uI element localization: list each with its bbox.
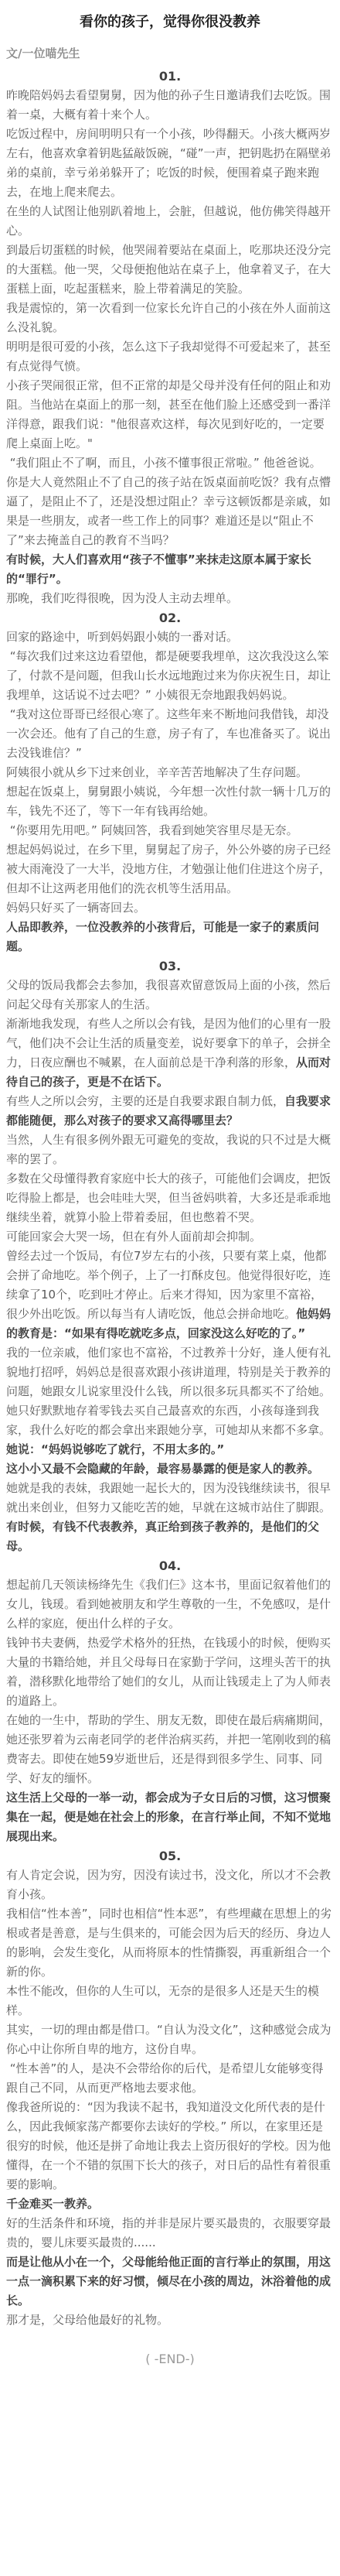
paragraph: 渐渐地我发现，有些人之所以会有钱，是因为他们的心里有一股气，他们决不会让生活的质… [6,1014,334,1092]
body-text: 我是震惊的，第一次看到一位家长允许自己的小孩在外人面前这么没礼貌。 [6,301,331,334]
body-text: 多数在父母懂得教育家庭中长大的孩子，可能他们会调皮，把饭吃得脸上都是，也会哇哇大… [6,1172,331,1224]
body-text: “性本善”的人，是决不会带给你的后代，是希望儿女能够变得跟自己不同，从而更严格地… [6,2061,323,2095]
bold-text: 这生活上父母的一举一动，都会成为子女日后的习惯，这习惯聚集在一起，便是她在社会上… [6,1791,331,1843]
paragraph: 她说：“妈妈说够吃了就行，不用太多的。” [6,1440,334,1459]
body-text: 想起前几天领读杨绛先生《我们仨》这本书，里面记叙着他们的女儿，钱瑗。看到她被朋友… [6,1578,331,1630]
paragraph: 可能回家会大哭一场，但在有外人面前却会抑制。 [6,1227,334,1247]
paragraph: 而是让他从小在一个，父母能给他正面的言行举止的氛围，用这一点一滴积累下来的好习惯… [6,2253,334,2311]
paragraph: “你要用先用吧。” 阿姨回答，我看到她笑容里尽是无奈。 [6,821,334,840]
body-text: 曾经去过一个饭局，有位7岁左右的小孩，只要有菜上桌，他都会拼了命地吃。举个例子，… [6,1249,331,1321]
article-page: 看你的孩子，觉得你很没教养 文/一位喵先生 01.昨晚陪妈妈去看望舅舅，因为他的… [0,0,340,2576]
body-text: “我对这位哥哥已经很心寒了。这些年来不断地问我借钱，却没一次会还。他有了自己的生… [6,707,331,760]
body-text: 父母的饭局我都会去参加，我很喜欢留意饭局上面的小孩，然后问起父母有关那家人的生活… [6,978,331,1011]
body-text: 渐渐地我发现，有些人之所以会有钱，是因为他们的心里有一股气，他们决不会让生活的质… [6,1017,331,1069]
body-text: 她就是我的表妹，我跟她一起长大的，因为没钱继续读书，很早就出来创业，但努力又能吃… [6,1481,331,1514]
body-text: 回家的路途中，听到妈妈跟小姨的一番对话。 [6,630,238,644]
body-text: 当然，人生有很多例外跟无可避免的变故，我说的只不过是大概率的罢了。 [6,1133,331,1166]
body-text: 吃饭过程中，房间明明只有一个小孩，吵得翻天。小孩大概两岁左右，他喜欢拿着钥匙猛敲… [6,127,331,199]
body-text: 明明是很可爱的小孩，怎么这下子我却觉得不可爱起来了，甚至有点觉得气愤。 [6,340,331,373]
body-text: 像我爸所说的：“因为我读不起书，我知道没文化所代表的是什么，因此我倾家荡产都要你… [6,2100,331,2191]
paragraph: 吃饭过程中，房间明明只有一个小孩，吵得翻天。小孩大概两岁左右，他喜欢拿着钥匙猛敲… [6,125,334,202]
body-text: 有些人之所以会穷，主要的还是自我要求跟自制力低， [6,1094,284,1108]
paragraph: 妈妈只好买了一辆寄回去。 [6,898,334,918]
body-text: 有人肯定会说，因为穷，因没有读过书，没文化，所以才不会教育小孩。 [6,1868,331,1901]
body-text: “我们阻止不了啊，而且，小孩不懂事很正常啦。” 他爸爸说。 [6,456,321,470]
body-text: 小孩子哭闹很正常，但不正常的却是父母并没有任何的阻止和劝阻。当他站在桌面上的那一… [6,378,331,450]
paragraph: “性本善”的人，是决不会带给你的后代，是希望儿女能够变得跟自己不同，从而更严格地… [6,2059,334,2098]
body-text: 想起在饭桌上，舅舅跟小姨说，今年想一次性付款一辆十几万的车，钱先不还了，等下一年… [6,785,331,818]
body-text: 你是大人竟然阻止不了自己的孩子站在饭桌面前吃饭？我有点懵逼了，是阻止不了，还是没… [6,475,331,547]
body-text: 我的一位亲戚，他们家也不富裕，不过教养十分好，逢人便有礼貌地打招呼，妈妈总是很喜… [6,1346,331,1437]
paragraph: 她就是我的表妹，我跟她一起长大的，因为没钱继续读书，很早就出来创业，但努力又能吃… [6,1479,334,1517]
paragraph: 当然，人生有很多例外跟无可避免的变故，我说的只不过是大概率的罢了。 [6,1131,334,1169]
paragraph: “我对这位哥哥已经很心寒了。这些年来不断地问我借钱，却没一次会还。他有了自己的生… [6,705,334,763]
paragraph: 好的生活条件和环境，指的并非是尿片要买最贵的，衣服要穿最贵的，婴儿床要买最贵的.… [6,2214,334,2253]
paragraph: 想起前几天领读杨绛先生《我们仨》这本书，里面记叙着他们的女儿，钱瑗。看到她被朋友… [6,1575,334,1634]
paragraph: 那晚，我们吃得很晚，因为没人主动去埋单。 [6,589,334,608]
paragraph: 在坐的人试图让他别趴着地上，会脏，但越说，他仿佛笑得越开心。 [6,202,334,241]
paragraph: “我们阻止不了啊，而且，小孩不懂事很正常啦。” 他爸爸说。 [6,453,334,473]
paragraph: 本性不能改，但你的人生可以，无奈的是很多人还是天生的模样。 [6,1982,334,2020]
body-text: 那才是，父母给他最好的礼物。 [6,2313,168,2327]
body-text: 在坐的人试图让他别趴着地上，会脏，但越说，他仿佛笑得越开心。 [6,204,331,238]
bold-text: 而是让他从小在一个，父母能给他正面的言行举止的氛围，用这一点一滴积累下来的好习惯… [6,2255,331,2307]
bold-text: 她说：“妈妈说够吃了就行，不用太多的。” [6,1442,224,1456]
paragraph: 父母的饭局我都会去参加，我很喜欢留意饭局上面的小孩，然后问起父母有关那家人的生活… [6,976,334,1014]
paragraph: 曾经去过一个饭局，有位7岁左右的小孩，只要有菜上桌，他都会拼了命地吃。举个例子，… [6,1247,334,1343]
paragraph: 想起在饭桌上，舅舅跟小姨说，今年想一次性付款一辆十几万的车，钱先不还了，等下一年… [6,782,334,821]
paragraph: 钱钟书夫妻俩，热爱学术格外的狂热，在钱瑗小的时候，便购买大量的书籍给她，并且父母… [6,1634,334,1711]
paragraph: 我相信“性本善”，同时也相信“性本恶”，有些埋藏在思想上的劣根或者是善意，是与生… [6,1904,334,1982]
paragraph: 其实，一切的理由都是借口。“自认为没文化”，这种感觉会成为你心中让你所自卑的地方… [6,2020,334,2059]
paragraph: “每次我们过来这边看望他，都是硬要我埋单，这次我没这么笨了，付款不是问题，但我山… [6,647,334,705]
article-byline: 文/一位喵先生 [6,45,334,62]
section-number: 04. [6,1556,334,1575]
bold-text: 人品即教养，一位没教养的小孩背后，可能是一家子的素质问题。 [6,920,319,953]
body-text: 阿姨很小就从乡下过来创业，辛辛苦苦地解决了生存问题。 [6,765,308,779]
body-text: 其实，一切的理由都是借口。“自认为没文化”，这种感觉会成为你心中让你所自卑的地方… [6,2023,331,2056]
paragraph: 那才是，父母给他最好的礼物。 [6,2311,334,2330]
paragraph: 有时候，大人们喜欢用“孩子不懂事”来抹走这原本属于家长的“罪行”。 [6,550,334,589]
body-text: 那晚，我们吃得很晚，因为没人主动去埋单。 [6,591,238,605]
article-title: 看你的孩子，觉得你很没教养 [6,12,334,32]
paragraph: 回家的路途中，听到妈妈跟小姨的一番对话。 [6,628,334,647]
paragraph: 想起妈妈说过，在乡下里，舅舅起了房子，外公外婆的房子已经被大雨淹没了一大半，没地… [6,840,334,898]
paragraph: 到最后切蛋糕的时候，他哭闹着要站在桌面上，吃那块还没分完的大蛋糕。他一哭，父母便… [6,241,334,299]
bold-text: 有时候，大人们喜欢用“孩子不懂事”来抹走这原本属于家长的“罪行”。 [6,552,311,586]
body-text: 可能回家会大哭一场，但在有外人面前却会抑制。 [6,1230,261,1244]
section-number: 02. [6,608,334,628]
paragraph: 你是大人竟然阻止不了自己的孩子站在饭桌面前吃饭？我有点懵逼了，是阻止不了，还是没… [6,473,334,550]
body-text: “你要用先用吧。” 阿姨回答，我看到她笑容里尽是无奈。 [6,823,298,837]
paragraph: 千金难买一教养。 [6,2195,334,2214]
paragraph: 人品即教养，一位没教养的小孩背后，可能是一家子的素质问题。 [6,918,334,956]
body-text: 钱钟书夫妻俩，热爱学术格外的狂热，在钱瑗小的时候，便购买大量的书籍给她，并且父母… [6,1636,331,1708]
section-number: 03. [6,956,334,976]
article-body: 01.昨晚陪妈妈去看望舅舅，因为他的孙子生日邀请我们去吃饭。围着一桌，大概有着十… [6,67,334,2330]
bold-text: 有时候，有钱不代表教养，真正给到孩子教养的，是他们的父母。 [6,1520,319,1553]
body-text: 昨晚陪妈妈去看望舅舅，因为他的孙子生日邀请我们去吃饭。围着一桌，大概有着十来个人… [6,88,331,121]
body-text: 到最后切蛋糕的时候，他哭闹着要站在桌面上，吃那块还没分完的大蛋糕。他一哭，父母便… [6,243,331,296]
body-text: 妈妈只好买了一辆寄回去。 [6,901,145,915]
paragraph: 有些人之所以会穷，主要的还是自我要求跟自制力低，自我要求都能随便，那么对孩子的要… [6,1092,334,1131]
paragraph: 小孩子哭闹很正常，但不正常的却是父母并没有任何的阻止和劝阻。当他站在桌面上的那一… [6,376,334,453]
paragraph: 这生活上父母的一举一动，都会成为子女日后的习惯，这习惯聚集在一起，便是她在社会上… [6,1788,334,1846]
paragraph: 这小小又最不会隐藏的年龄，最容易暴露的便是家人的教养。 [6,1459,334,1479]
paragraph: 我是震惊的，第一次看到一位家长允许自己的小孩在外人面前这么没礼貌。 [6,299,334,337]
paragraph: 在她的一生中，帮助的学生、朋友无数，即使在最后病痛期间，她还张罗着为云南老同学的… [6,1711,334,1788]
body-text: 本性不能改，但你的人生可以，无奈的是很多人还是天生的模样。 [6,1984,319,2017]
paragraph: 多数在父母懂得教育家庭中长大的孩子，可能他们会调皮，把饭吃得脸上都是，也会哇哇大… [6,1169,334,1227]
body-text: 想起妈妈说过，在乡下里，舅舅起了房子，外公外婆的房子已经被大雨淹没了一大半，没地… [6,843,331,895]
paragraph: 像我爸所说的：“因为我读不起书，我知道没文化所代表的是什么，因此我倾家荡产都要你… [6,2098,334,2195]
paragraph: 阿姨很小就从乡下过来创业，辛辛苦苦地解决了生存问题。 [6,763,334,782]
bold-text: 千金难买一教养。 [6,2197,99,2211]
paragraph: 昨晚陪妈妈去看望舅舅，因为他的孙子生日邀请我们去吃饭。围着一桌，大概有着十来个人… [6,86,334,125]
section-number: 01. [6,67,334,86]
paragraph: 有时候，有钱不代表教养，真正给到孩子教养的，是他们的父母。 [6,1517,334,1556]
bold-text: 这小小又最不会隐藏的年龄，最容易暴露的便是家人的教养。 [6,1462,319,1476]
paragraph: 我的一位亲戚，他们家也不富裕，不过教养十分好，逢人便有礼貌地打招呼，妈妈总是很喜… [6,1343,334,1440]
end-marker: ( -END-) [6,2349,334,2369]
body-text: 我相信“性本善”，同时也相信“性本恶”，有些埋藏在思想上的劣根或者是善意，是与生… [6,1907,331,1979]
paragraph: 有人肯定会说，因为穷，因没有读过书，没文化，所以才不会教育小孩。 [6,1866,334,1904]
paragraph: 明明是很可爱的小孩，怎么这下子我却觉得不可爱起来了，甚至有点觉得气愤。 [6,337,334,376]
body-text: 好的生活条件和环境，指的并非是尿片要买最贵的，衣服要穿最贵的，婴儿床要买最贵的.… [6,2216,331,2249]
body-text: “每次我们过来这边看望他，都是硬要我埋单，这次我没这么笨了，付款不是问题，但我山… [6,649,331,702]
section-number: 05. [6,1846,334,1866]
body-text: 在她的一生中，帮助的学生、朋友无数，即使在最后病痛期间，她还张罗着为云南老同学的… [6,1713,331,1785]
